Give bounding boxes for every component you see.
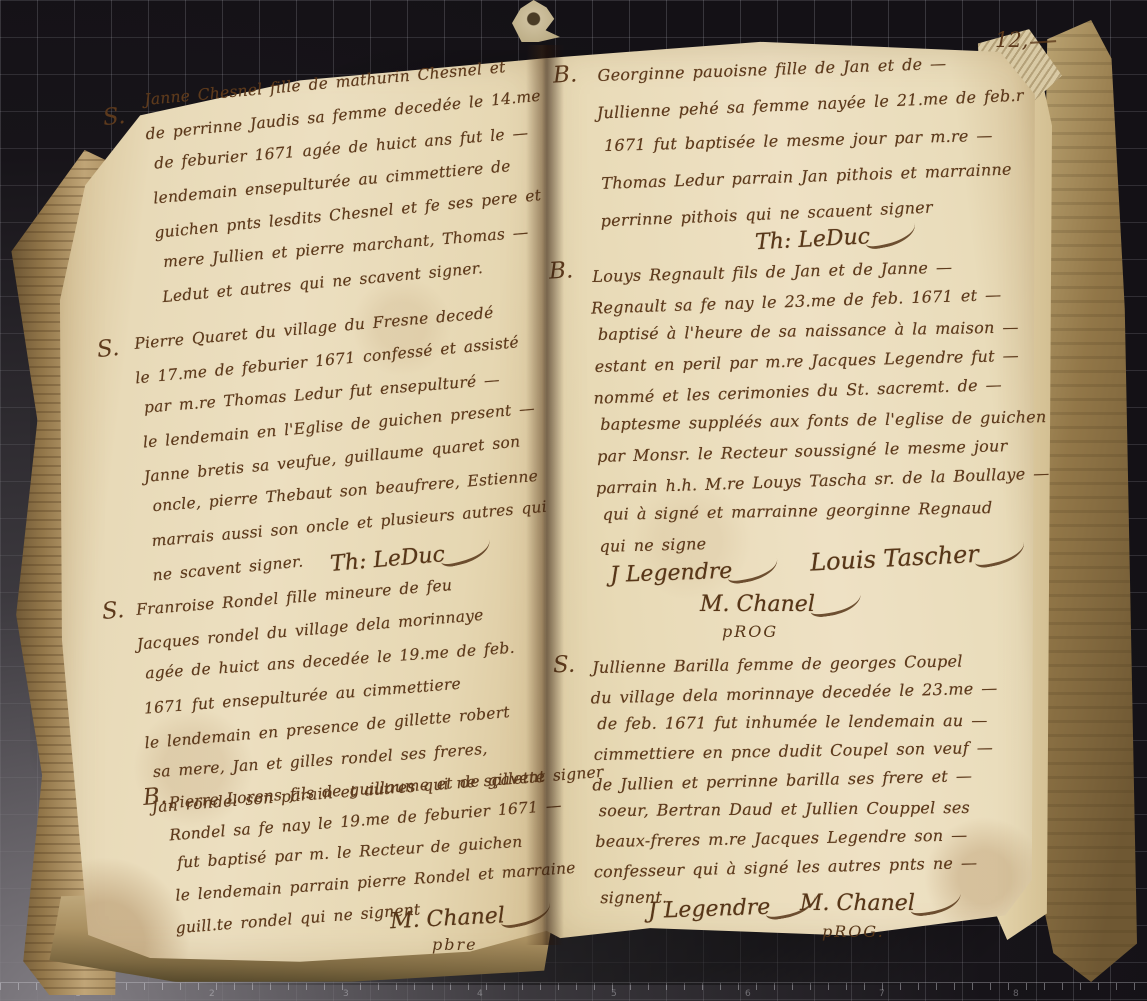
margin-letter-sepulture: S. bbox=[102, 103, 127, 131]
baptism-entry: Louys Regnault fils de Jan et de Janne —… bbox=[592, 250, 1053, 562]
margin-letter-baptism: B. bbox=[552, 61, 578, 88]
manuscript-line: de feb. 1671 fut inhumée le lendemain au… bbox=[597, 706, 1004, 739]
margin-letter-sepulture: S. bbox=[96, 335, 121, 363]
margin-letter-sepulture: S. bbox=[553, 652, 576, 679]
margin-letter-sepulture: S. bbox=[101, 597, 125, 625]
margin-letter-baptism: B. bbox=[142, 783, 168, 811]
manuscript-text-layer: 12, S. Janne Chesnel fille de mathurin C… bbox=[0, 0, 1147, 1001]
burial-entry: Janne Chesnel fille de mathurin Chesnel … bbox=[143, 48, 559, 314]
signature-legendre: J Legendre bbox=[610, 557, 780, 588]
page-number: 12, bbox=[995, 28, 1056, 52]
signature-title: pROG. bbox=[822, 922, 885, 941]
photographed-manuscript-scene: 1 2 3 4 5 6 7 8 ʒ ʒ ʒ ʒ ʒ ʒ ʒ ʒ ʒ 12, S.… bbox=[0, 0, 1147, 1001]
signature-title: pbre bbox=[432, 935, 478, 954]
margin-letter-baptism: B. bbox=[548, 257, 574, 284]
manuscript-line: soeur, Bertran Daud et Jullien Couppel s… bbox=[599, 793, 1006, 826]
signature-chanel: M. Chanel bbox=[800, 891, 962, 916]
signature-title: pROG bbox=[722, 622, 778, 641]
baptism-entry: Georginne pauoisne fille de Jan et de — … bbox=[597, 43, 1030, 238]
burial-entry: Jullienne Barilla femme de georges Coupe… bbox=[592, 646, 1003, 914]
signature-legendre: J Legendre bbox=[648, 893, 818, 924]
signature-chanel: M. Chanel bbox=[700, 592, 862, 617]
